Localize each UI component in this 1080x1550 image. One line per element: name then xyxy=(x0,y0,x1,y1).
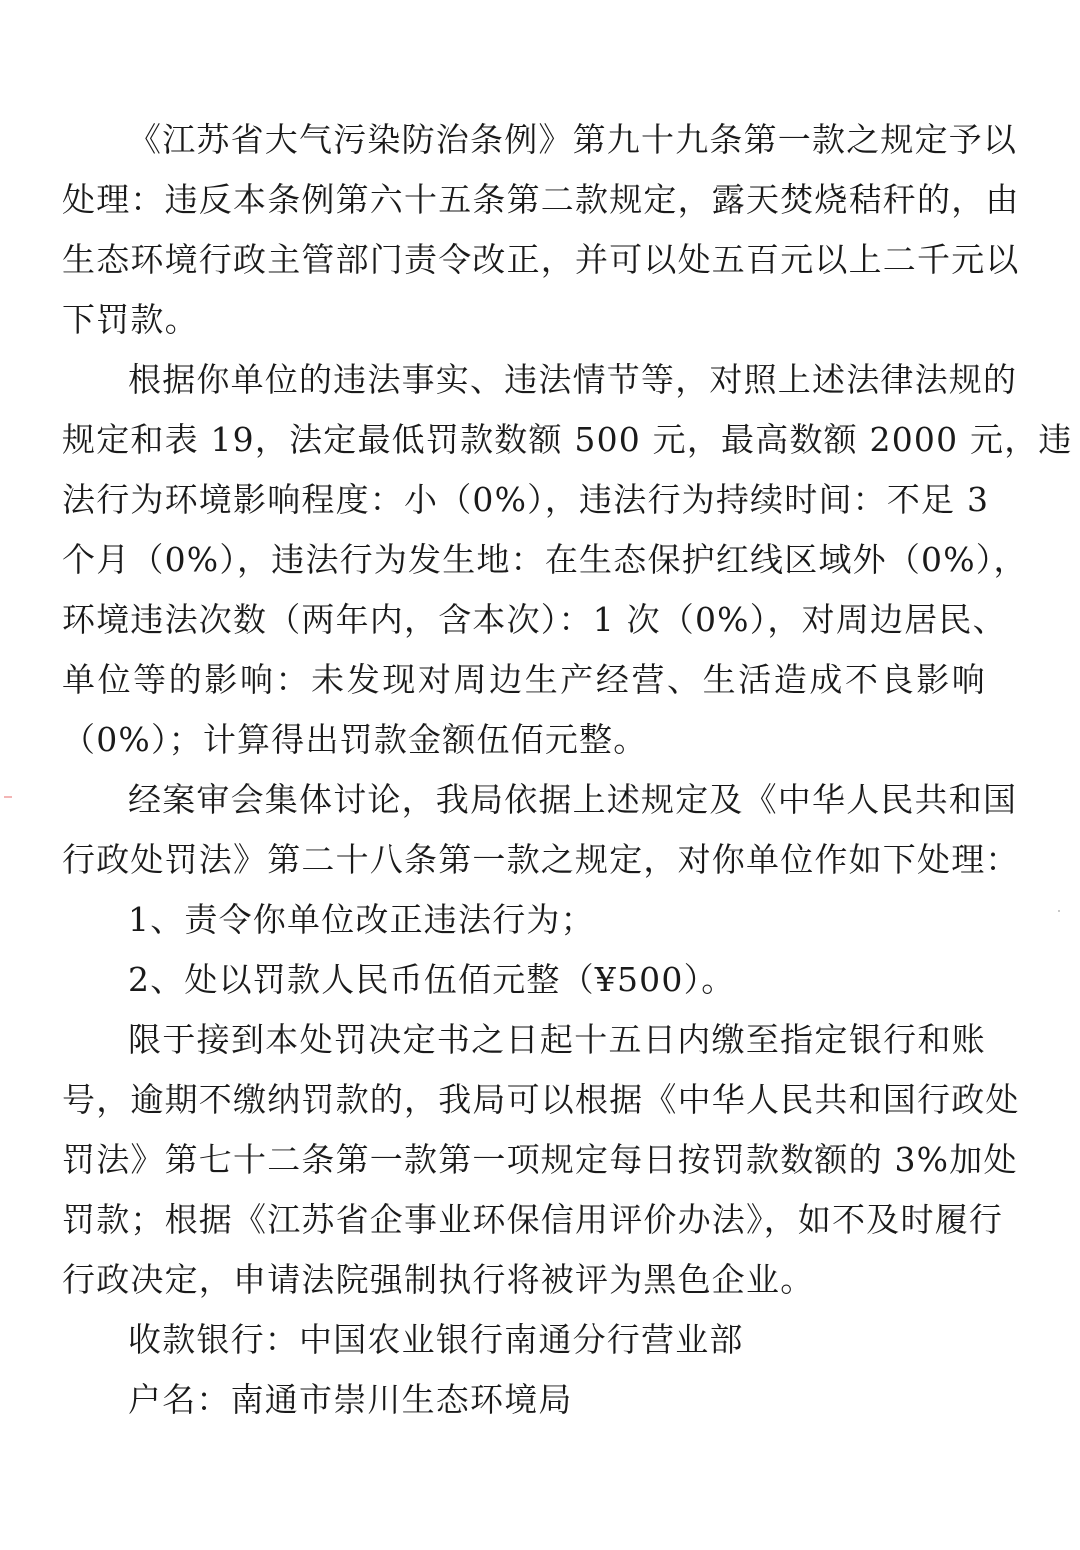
account-name-line: 户名：南通市崇川生态环境局 xyxy=(62,1370,986,1430)
paragraph-penalty-calculation: 根据你单位的违法事实、违法情节等，对照上述法律法规的 规定和表 19，法定最低罚… xyxy=(62,350,986,770)
account-name-label: 户名： xyxy=(128,1380,231,1419)
text-line: 下罚款。 xyxy=(62,290,986,350)
text-line: 根据你单位的违法事实、违法情节等，对照上述法律法规的 xyxy=(62,350,986,410)
text-line: 单位等的影响：未发现对周边生产经营、生活造成不良影响 xyxy=(62,650,986,710)
bank-value: 中国农业银行南通分行营业部 xyxy=(299,1320,744,1359)
text-line: 经案审会集体讨论，我局依据上述规定及《中华人民共和国 xyxy=(62,770,986,830)
decision-item-1: 1、责令你单位改正违法行为； xyxy=(62,890,986,950)
text-line: 《江苏省大气污染防治条例》第九十九条第一款之规定予以 xyxy=(62,110,986,170)
text-line: 生态环境行政主管部门责令改正，并可以处五百元以上二千元以 xyxy=(62,230,986,290)
text-line: （0%）；计算得出罚款金额伍佰元整。 xyxy=(62,710,986,770)
scan-artifact-mark xyxy=(4,796,12,798)
bank-label: 收款银行： xyxy=(128,1320,299,1359)
text-line: 行政决定，申请法院强制执行将被评为黑色企业。 xyxy=(62,1250,986,1310)
text-line: 个月（0%），违法行为发生地：在生态保护红线区域外（0%）， xyxy=(62,530,986,590)
paragraph-committee-decision: 经案审会集体讨论，我局依据上述规定及《中华人民共和国 行政处罚法》第二十八条第一… xyxy=(62,770,986,890)
bank-info: 收款银行：中国农业银行南通分行营业部 户名：南通市崇川生态环境局 xyxy=(62,1310,986,1430)
account-name-value: 南通市崇川生态环境局 xyxy=(231,1380,573,1419)
text-line: 限于接到本处罚决定书之日起十五日内缴至指定银行和账 xyxy=(62,1010,986,1070)
text-line: 法行为环境影响程度：小（0%），违法行为持续时间：不足 3 xyxy=(62,470,986,530)
text-line: 行政处罚法》第二十八条第一款之规定，对你单位作如下处理： xyxy=(62,830,986,890)
decision-list: 1、责令你单位改正违法行为； 2、处以罚款人民币伍佰元整（¥500）。 xyxy=(62,890,986,1010)
text-line: 处理：违反本条例第六十五条第二款规定，露天焚烧秸秆的，由 xyxy=(62,170,986,230)
text-line: 规定和表 19，法定最低罚款数额 500 元，最高数额 2000 元，违 xyxy=(62,410,986,470)
text-line: 罚款；根据《江苏省企事业环保信用评价办法》，如不及时履行 xyxy=(62,1190,986,1250)
document-page: 《江苏省大气污染防治条例》第九十九条第一款之规定予以 处理：违反本条例第六十五条… xyxy=(62,110,986,1430)
decision-item-2: 2、处以罚款人民币伍佰元整（¥500）。 xyxy=(62,950,986,1010)
text-line: 号，逾期不缴纳罚款的，我局可以根据《中华人民共和国行政处 xyxy=(62,1070,986,1130)
scan-artifact-dot xyxy=(1058,910,1060,912)
bank-line: 收款银行：中国农业银行南通分行营业部 xyxy=(62,1310,986,1370)
text-line: 罚法》第七十二条第一款第一项规定每日按罚款数额的 3%加处 xyxy=(62,1130,986,1190)
text-line: 环境违法次数（两年内，含本次）：1 次（0%），对周边居民、 xyxy=(62,590,986,650)
paragraph-legal-basis: 《江苏省大气污染防治条例》第九十九条第一款之规定予以 处理：违反本条例第六十五条… xyxy=(62,110,986,350)
paragraph-payment-terms: 限于接到本处罚决定书之日起十五日内缴至指定银行和账 号，逾期不缴纳罚款的，我局可… xyxy=(62,1010,986,1310)
